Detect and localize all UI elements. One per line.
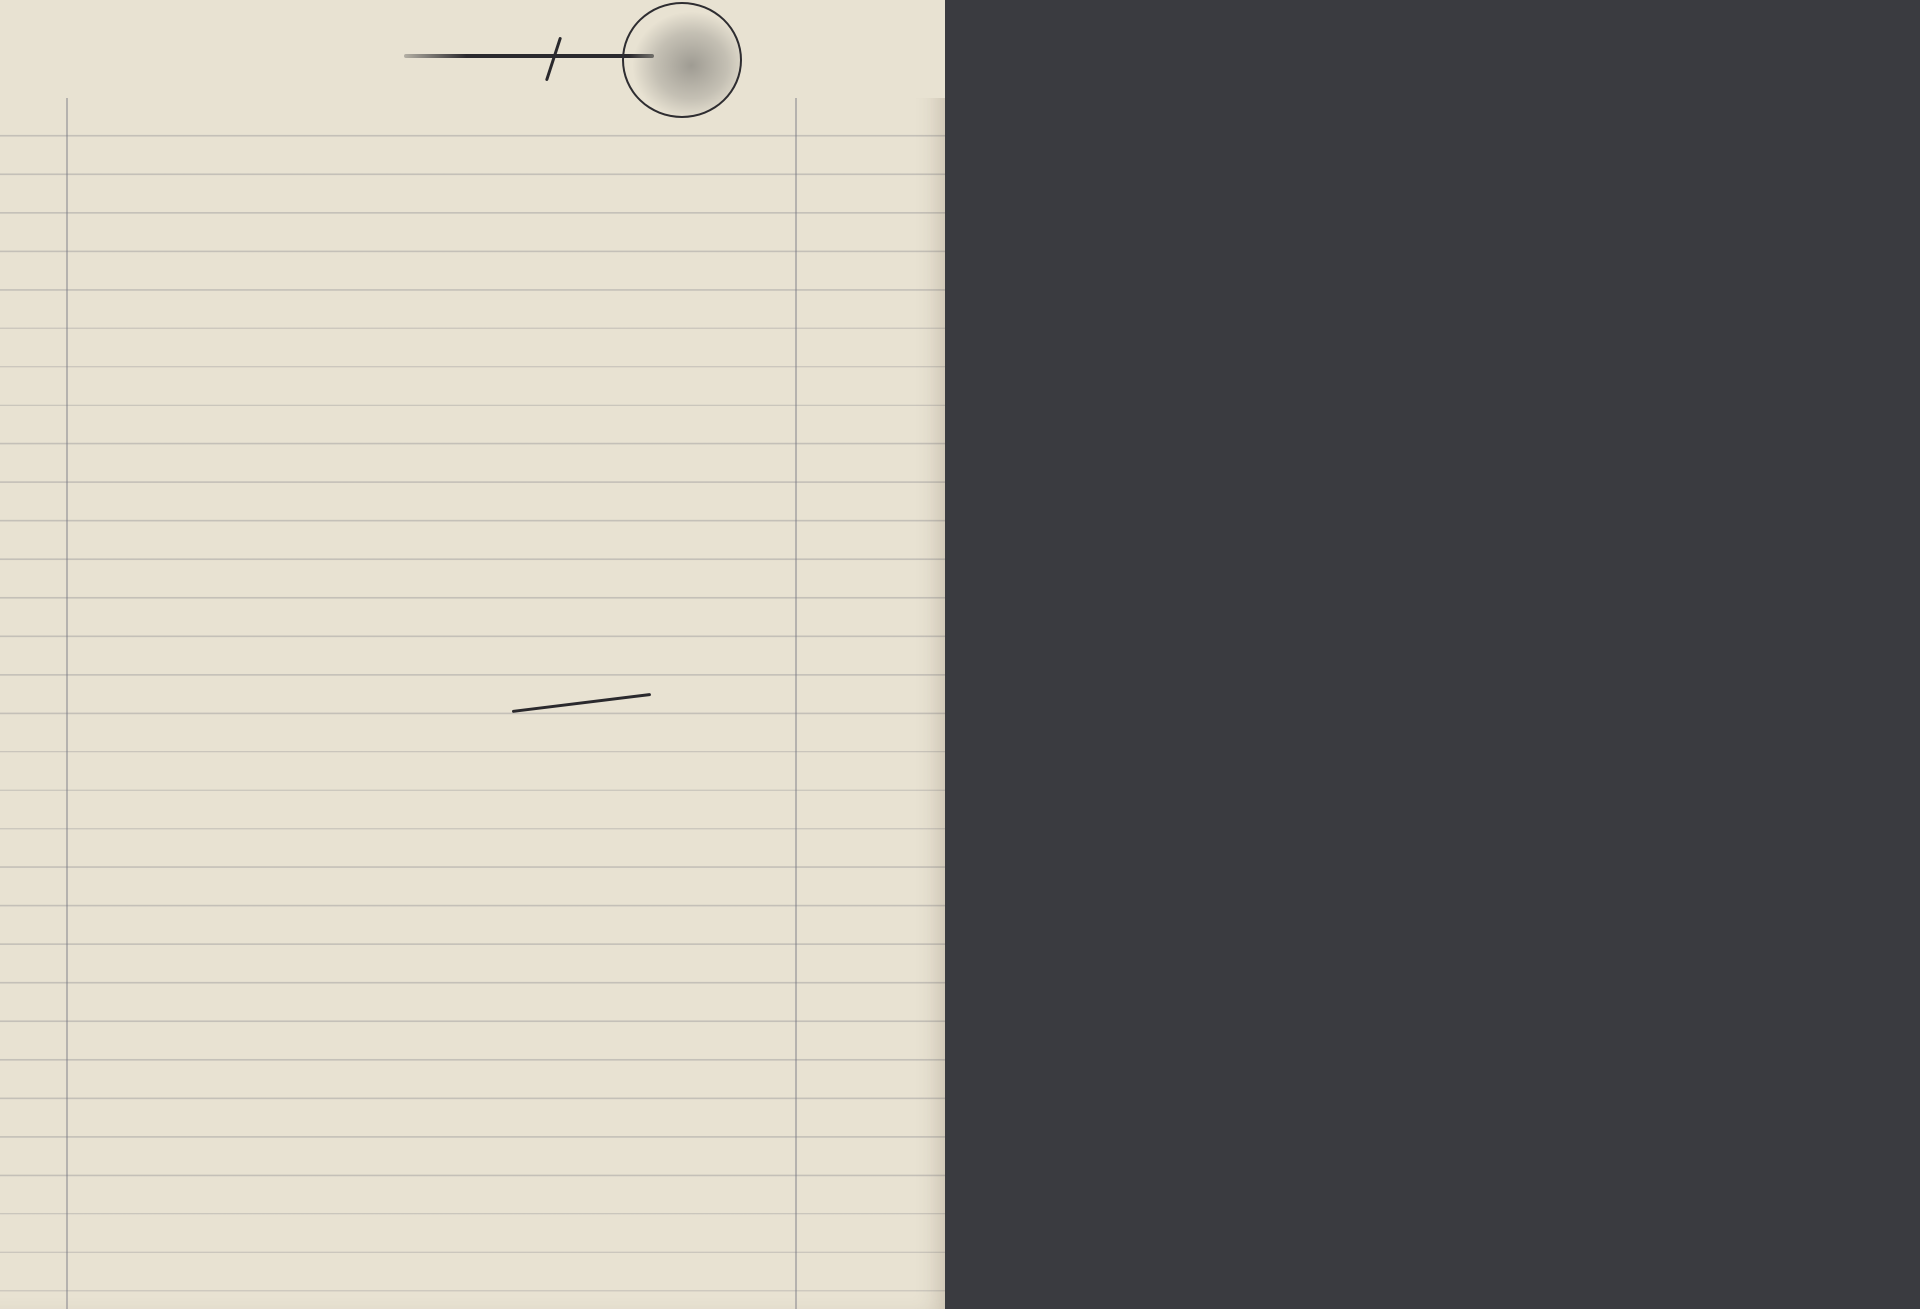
left-page-header-area (0, 0, 945, 98)
header-stroke (404, 54, 654, 58)
left-margin-line (66, 98, 68, 1309)
seal-stamp (622, 2, 742, 118)
ledger-spread (0, 0, 1920, 1309)
right-margin-line (795, 98, 797, 1309)
left-page (0, 0, 945, 1309)
secretary-signature-stroke (512, 693, 651, 713)
